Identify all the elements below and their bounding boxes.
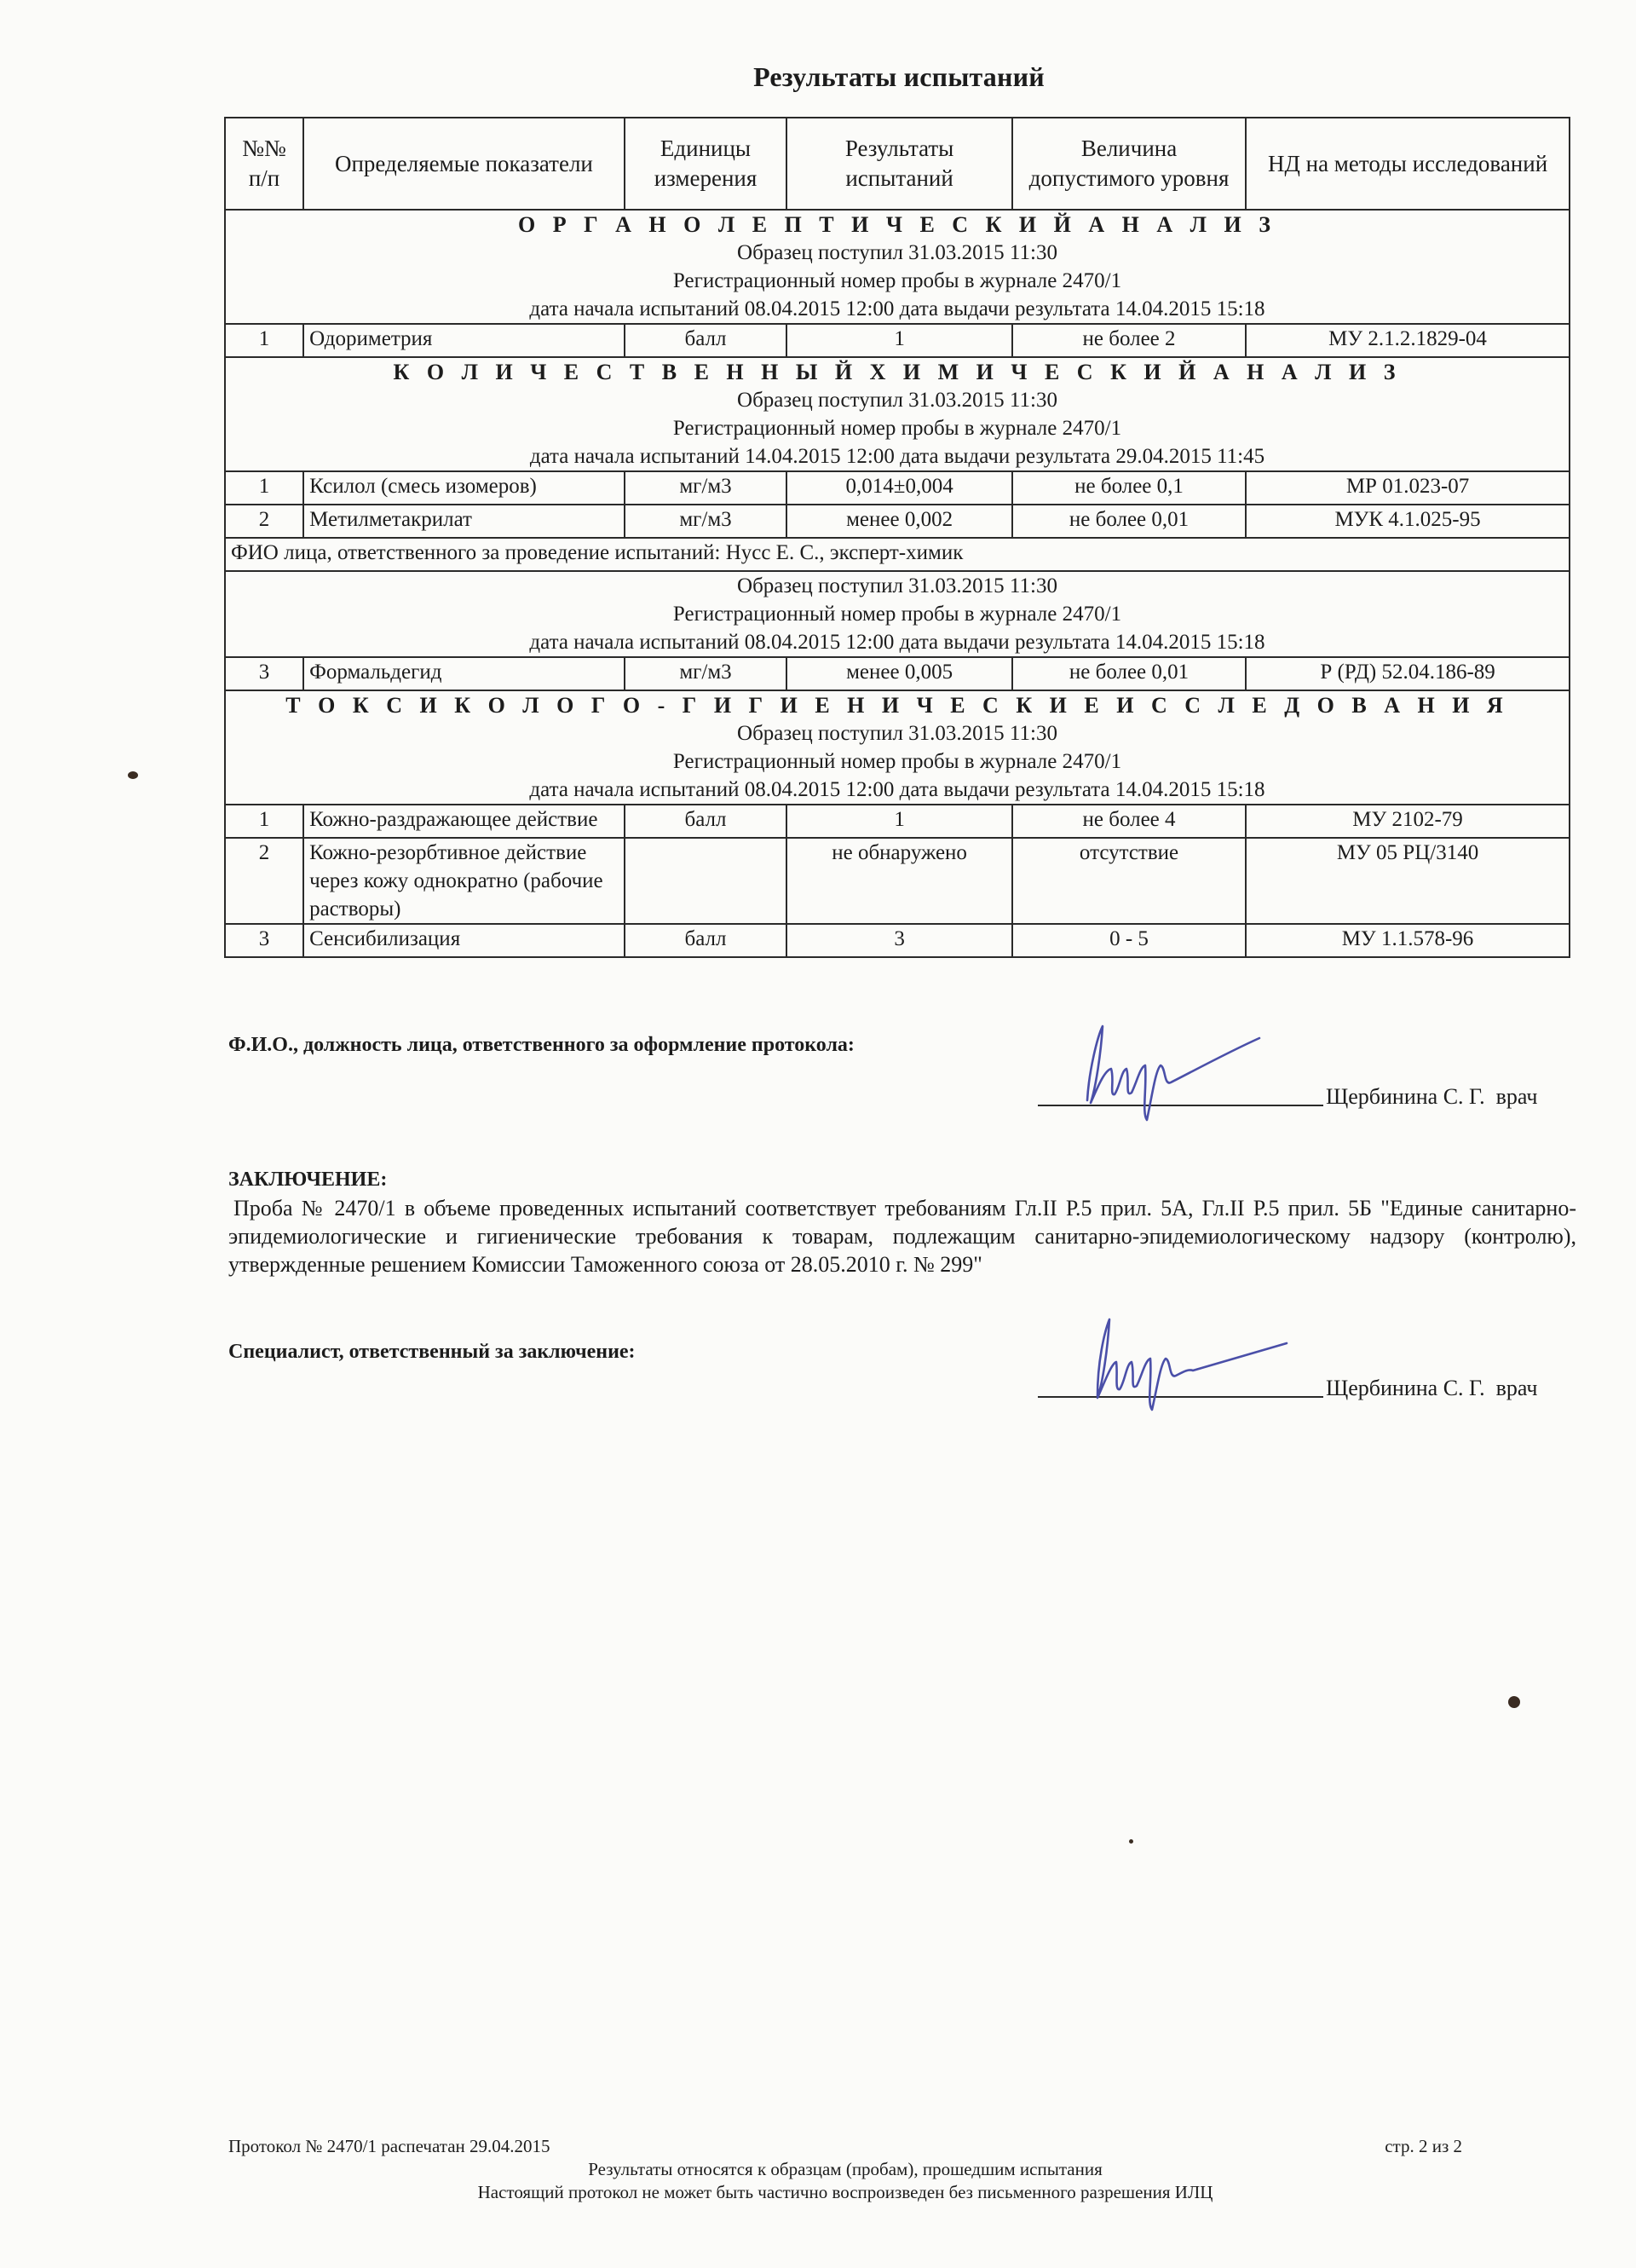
row-result: менее 0,002 xyxy=(786,505,1012,538)
row-method: МУ 05 РЦ/3140 xyxy=(1246,838,1570,924)
row-unit: мг/м3 xyxy=(625,505,786,538)
test-dates: дата начала испытаний 08.04.2015 12:00 д… xyxy=(231,295,1564,323)
table-row: 1 Одориметрия балл 1 не более 2 МУ 2.1.2… xyxy=(225,324,1570,357)
row-unit: балл xyxy=(625,924,786,957)
protocol-responsible-label: Ф.И.О., должность лица, ответственного з… xyxy=(228,1034,855,1057)
section-band: О Р Г А Н О Л Е П Т И Ч Е С К И Й А Н А … xyxy=(225,210,1570,324)
row-method: МУК 4.1.025-95 xyxy=(1246,505,1570,538)
section-title: Т О К С И К О Л О Г О - Г И Г И Е Н И Ч … xyxy=(231,691,1564,719)
scan-speck xyxy=(1508,1696,1520,1708)
responsible-row: ФИО лица, ответственного за проведение и… xyxy=(225,538,1570,571)
header-result: Результаты испытаний xyxy=(786,118,1012,210)
row-result: 3 xyxy=(786,924,1012,957)
registration-number: Регистрационный номер пробы в журнале 24… xyxy=(231,600,1564,628)
row-limit: не более 0,01 xyxy=(1012,657,1246,690)
section-title: К О Л И Ч Е С Т В Е Н Н Ы Й Х И М И Ч Е … xyxy=(231,358,1564,386)
row-indicator: Метилметакрилат xyxy=(303,505,625,538)
section-info-formaldehyde: Образец поступил 31.03.2015 11:30 Регист… xyxy=(225,571,1570,657)
conclusion-specialist-label: Специалист, ответственный за заключение: xyxy=(228,1341,636,1364)
row-number: 3 xyxy=(225,924,303,957)
row-indicator: Формальдегид xyxy=(303,657,625,690)
header-limit: Величина допустимого уровня xyxy=(1012,118,1246,210)
table-row: 3 Сенсибилизация балл 3 0 - 5 МУ 1.1.578… xyxy=(225,924,1570,957)
row-result: 0,014±0,004 xyxy=(786,471,1012,505)
row-number: 2 xyxy=(225,505,303,538)
scan-speck xyxy=(128,771,138,779)
row-number: 1 xyxy=(225,324,303,357)
row-method: МУ 2102-79 xyxy=(1246,805,1570,838)
registration-number: Регистрационный номер пробы в журнале 24… xyxy=(231,414,1564,442)
footer-note-results: Результаты относятся к образцам (пробам)… xyxy=(228,2158,1462,2181)
row-indicator: Ксилол (смесь изомеров) xyxy=(303,471,625,505)
row-limit: не более 0,01 xyxy=(1012,505,1246,538)
section-info-toxicological: Т О К С И К О Л О Г О - Г И Г И Е Н И Ч … xyxy=(225,690,1570,805)
row-result: 1 xyxy=(786,805,1012,838)
row-limit: отсутствие xyxy=(1012,838,1246,924)
protocol-signature-block: Щербинина С. Г. врач xyxy=(1038,1038,1576,1115)
row-limit: не более 0,1 xyxy=(1012,471,1246,505)
signatory-name: Щербинина С. Г. врач xyxy=(1326,1084,1538,1110)
signature-icon xyxy=(1063,1311,1302,1413)
registration-number: Регистрационный номер пробы в журнале 24… xyxy=(231,267,1564,295)
table-row: 2 Метилметакрилат мг/м3 менее 0,002 не б… xyxy=(225,505,1570,538)
row-number: 1 xyxy=(225,471,303,505)
row-result: 1 xyxy=(786,324,1012,357)
header-method: НД на методы исследований xyxy=(1246,118,1570,210)
sample-received: Образец поступил 31.03.2015 11:30 xyxy=(231,386,1564,414)
test-dates: дата начала испытаний 08.04.2015 12:00 д… xyxy=(231,776,1564,804)
test-dates: дата начала испытаний 08.04.2015 12:00 д… xyxy=(231,628,1564,656)
footer-note-reproduction: Настоящий протокол не может быть частичн… xyxy=(228,2181,1462,2204)
sample-received: Образец поступил 31.03.2015 11:30 xyxy=(231,719,1564,747)
row-unit xyxy=(625,838,786,924)
section-info-chemical: К О Л И Ч Е С Т В Е Н Н Ы Й Х И М И Ч Е … xyxy=(225,357,1570,471)
row-number: 1 xyxy=(225,805,303,838)
row-method: МУ 1.1.578-96 xyxy=(1246,924,1570,957)
row-indicator: Одориметрия xyxy=(303,324,625,357)
row-indicator: Сенсибилизация xyxy=(303,924,625,957)
page-footer: Протокол № 2470/1 распечатан 29.04.2015 … xyxy=(228,2135,1575,2204)
table-row: 3 Формальдегид мг/м3 менее 0,005 не боле… xyxy=(225,657,1570,690)
row-number: 2 xyxy=(225,838,303,924)
scan-speck xyxy=(1129,1839,1133,1844)
row-unit: мг/м3 xyxy=(625,471,786,505)
header-number: №№ п/п xyxy=(225,118,303,210)
conclusion-text: Проба № 2470/1 в объеме проведенных испы… xyxy=(228,1194,1576,1278)
table-row: 1 Кожно-раздражающее действие балл 1 не … xyxy=(225,805,1570,838)
table-row: 2 Кожно-резорбтивное действие через кожу… xyxy=(225,838,1570,924)
row-unit: мг/м3 xyxy=(625,657,786,690)
registration-number: Регистрационный номер пробы в журнале 24… xyxy=(231,747,1564,776)
conclusion-signature-block: Щербинина С. Г. врач xyxy=(1038,1330,1576,1406)
row-limit: не более 2 xyxy=(1012,324,1246,357)
row-method: МР 01.023-07 xyxy=(1246,471,1570,505)
row-indicator: Кожно-резорбтивное действие через кожу о… xyxy=(303,838,625,924)
row-indicator: Кожно-раздражающее действие xyxy=(303,805,625,838)
row-result: менее 0,005 xyxy=(786,657,1012,690)
protocol-printed: Протокол № 2470/1 распечатан 29.04.2015 xyxy=(228,2135,550,2158)
sample-received: Образец поступил 31.03.2015 11:30 xyxy=(231,239,1564,267)
tester-responsible: ФИО лица, ответственного за проведение и… xyxy=(225,538,1570,571)
sample-received: Образец поступил 31.03.2015 11:30 xyxy=(231,572,1564,600)
page-number: стр. 2 из 2 xyxy=(1385,2135,1462,2158)
results-table: №№ п/п Определяемые показатели Единицы и… xyxy=(224,117,1570,958)
header-unit: Единицы измерения xyxy=(625,118,786,210)
section-band: К О Л И Ч Е С Т В Е Н Н Ы Й Х И М И Ч Е … xyxy=(225,357,1570,471)
signatory-name: Щербинина С. Г. врач xyxy=(1326,1376,1538,1401)
section-title: О Р Г А Н О Л Е П Т И Ч Е С К И Й А Н А … xyxy=(231,211,1564,239)
section-band: Образец поступил 31.03.2015 11:30 Регист… xyxy=(225,571,1570,657)
section-band: Т О К С И К О Л О Г О - Г И Г И Е Н И Ч … xyxy=(225,690,1570,805)
row-result: не обнаружено xyxy=(786,838,1012,924)
row-limit: 0 - 5 xyxy=(1012,924,1246,957)
row-limit: не более 4 xyxy=(1012,805,1246,838)
conclusion: ЗАКЛЮЧЕНИЕ: Проба № 2470/1 в объеме пров… xyxy=(228,1166,1576,1278)
conclusion-title: ЗАКЛЮЧЕНИЕ: xyxy=(228,1166,1576,1194)
header-indicator: Определяемые показатели xyxy=(303,118,625,210)
table-header-row: №№ п/п Определяемые показатели Единицы и… xyxy=(225,118,1570,210)
section-info-organoleptic: О Р Г А Н О Л Е П Т И Ч Е С К И Й А Н А … xyxy=(225,210,1570,324)
row-unit: балл xyxy=(625,324,786,357)
row-unit: балл xyxy=(625,805,786,838)
row-method: МУ 2.1.2.1829-04 xyxy=(1246,324,1570,357)
test-dates: дата начала испытаний 14.04.2015 12:00 д… xyxy=(231,442,1564,470)
page-title: Результаты испытаний xyxy=(0,61,1636,93)
row-method: Р (РД) 52.04.186-89 xyxy=(1246,657,1570,690)
table-row: 1 Ксилол (смесь изомеров) мг/м3 0,014±0,… xyxy=(225,471,1570,505)
signature-icon xyxy=(1063,1019,1285,1122)
row-number: 3 xyxy=(225,657,303,690)
